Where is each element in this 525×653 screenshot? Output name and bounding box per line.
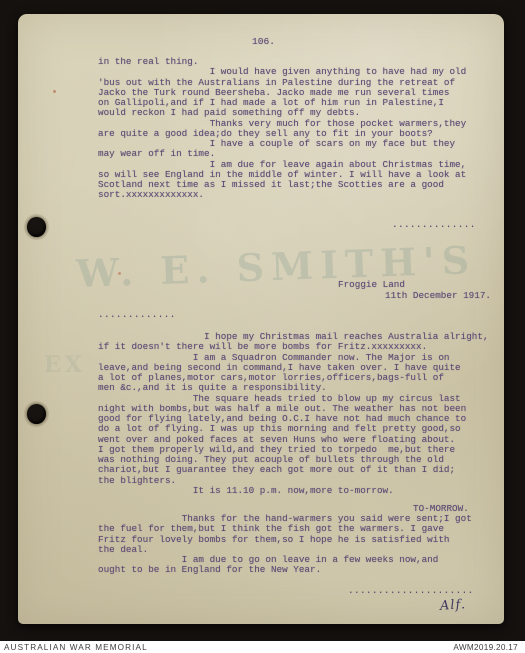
typed-line: would reckon I had paid something off my…: [98, 108, 466, 118]
typed-line: ought to be in England for the New Year.: [98, 565, 438, 575]
handwritten-signature: Alf.: [440, 597, 467, 614]
typed-line: may wear off in time.: [98, 149, 466, 159]
letter-paragraphs-tomorrow: Thanks for the hand-warmers you said wer…: [98, 514, 472, 555]
archive-accession-number: AWM2019.20.17: [453, 643, 518, 652]
typed-line: men &c.,and it is quite a responsibility…: [98, 383, 489, 393]
typed-line: the fuel for them,but I think the fish g…: [98, 524, 472, 534]
letter-paragraphs-closing: I am due to go on leave in a few weeks n…: [98, 555, 438, 576]
paper-stain: [53, 90, 56, 93]
letter-page: W. E. SMITH'S EX 106. in the real thing.…: [18, 14, 504, 624]
archive-institution-label: AUSTRALIAN WAR MEMORIAL: [4, 643, 148, 652]
typed-line: I would have given anything to have had …: [98, 67, 466, 77]
typed-line: if it doesn't there will be more bombs f…: [98, 342, 489, 352]
letter-paragraphs-top: in the real thing. I would have given an…: [98, 57, 466, 201]
scan-background: W. E. SMITH'S EX 106. in the real thing.…: [0, 0, 525, 653]
bleedthrough-watermark: W. E. SMITH'S: [75, 237, 477, 296]
typed-line: Fritz four lovely bombs for them,so I ho…: [98, 535, 472, 545]
page-number: 106.: [252, 37, 275, 47]
letter-date: 11th December 1917.: [385, 291, 491, 301]
dotted-separator: ..............: [392, 220, 476, 230]
typed-line: chariot,but I guarantee they each got mo…: [98, 465, 489, 475]
letter-paragraphs-middle: I hope my Christmas mail reaches Austral…: [98, 332, 489, 486]
punch-hole-top: [27, 217, 46, 237]
dotted-separator: .....................: [348, 586, 474, 596]
time-note-line: It is 11.10 p.m. now,more to-morrow.: [98, 486, 394, 496]
punch-hole-bottom: [27, 404, 46, 424]
letter-place: Froggie Land: [338, 280, 405, 290]
paper-stain: [118, 272, 121, 275]
typed-line: do a lot of flying. I was up this mornin…: [98, 424, 489, 434]
bleedthrough-watermark-secondary: EX: [44, 352, 86, 378]
typed-line: sort.xxxxxxxxxxxxx.: [98, 190, 466, 200]
archive-caption-bar: AUSTRALIAN WAR MEMORIAL AWM2019.20.17: [0, 641, 525, 653]
dotted-separator: .............: [98, 310, 176, 320]
